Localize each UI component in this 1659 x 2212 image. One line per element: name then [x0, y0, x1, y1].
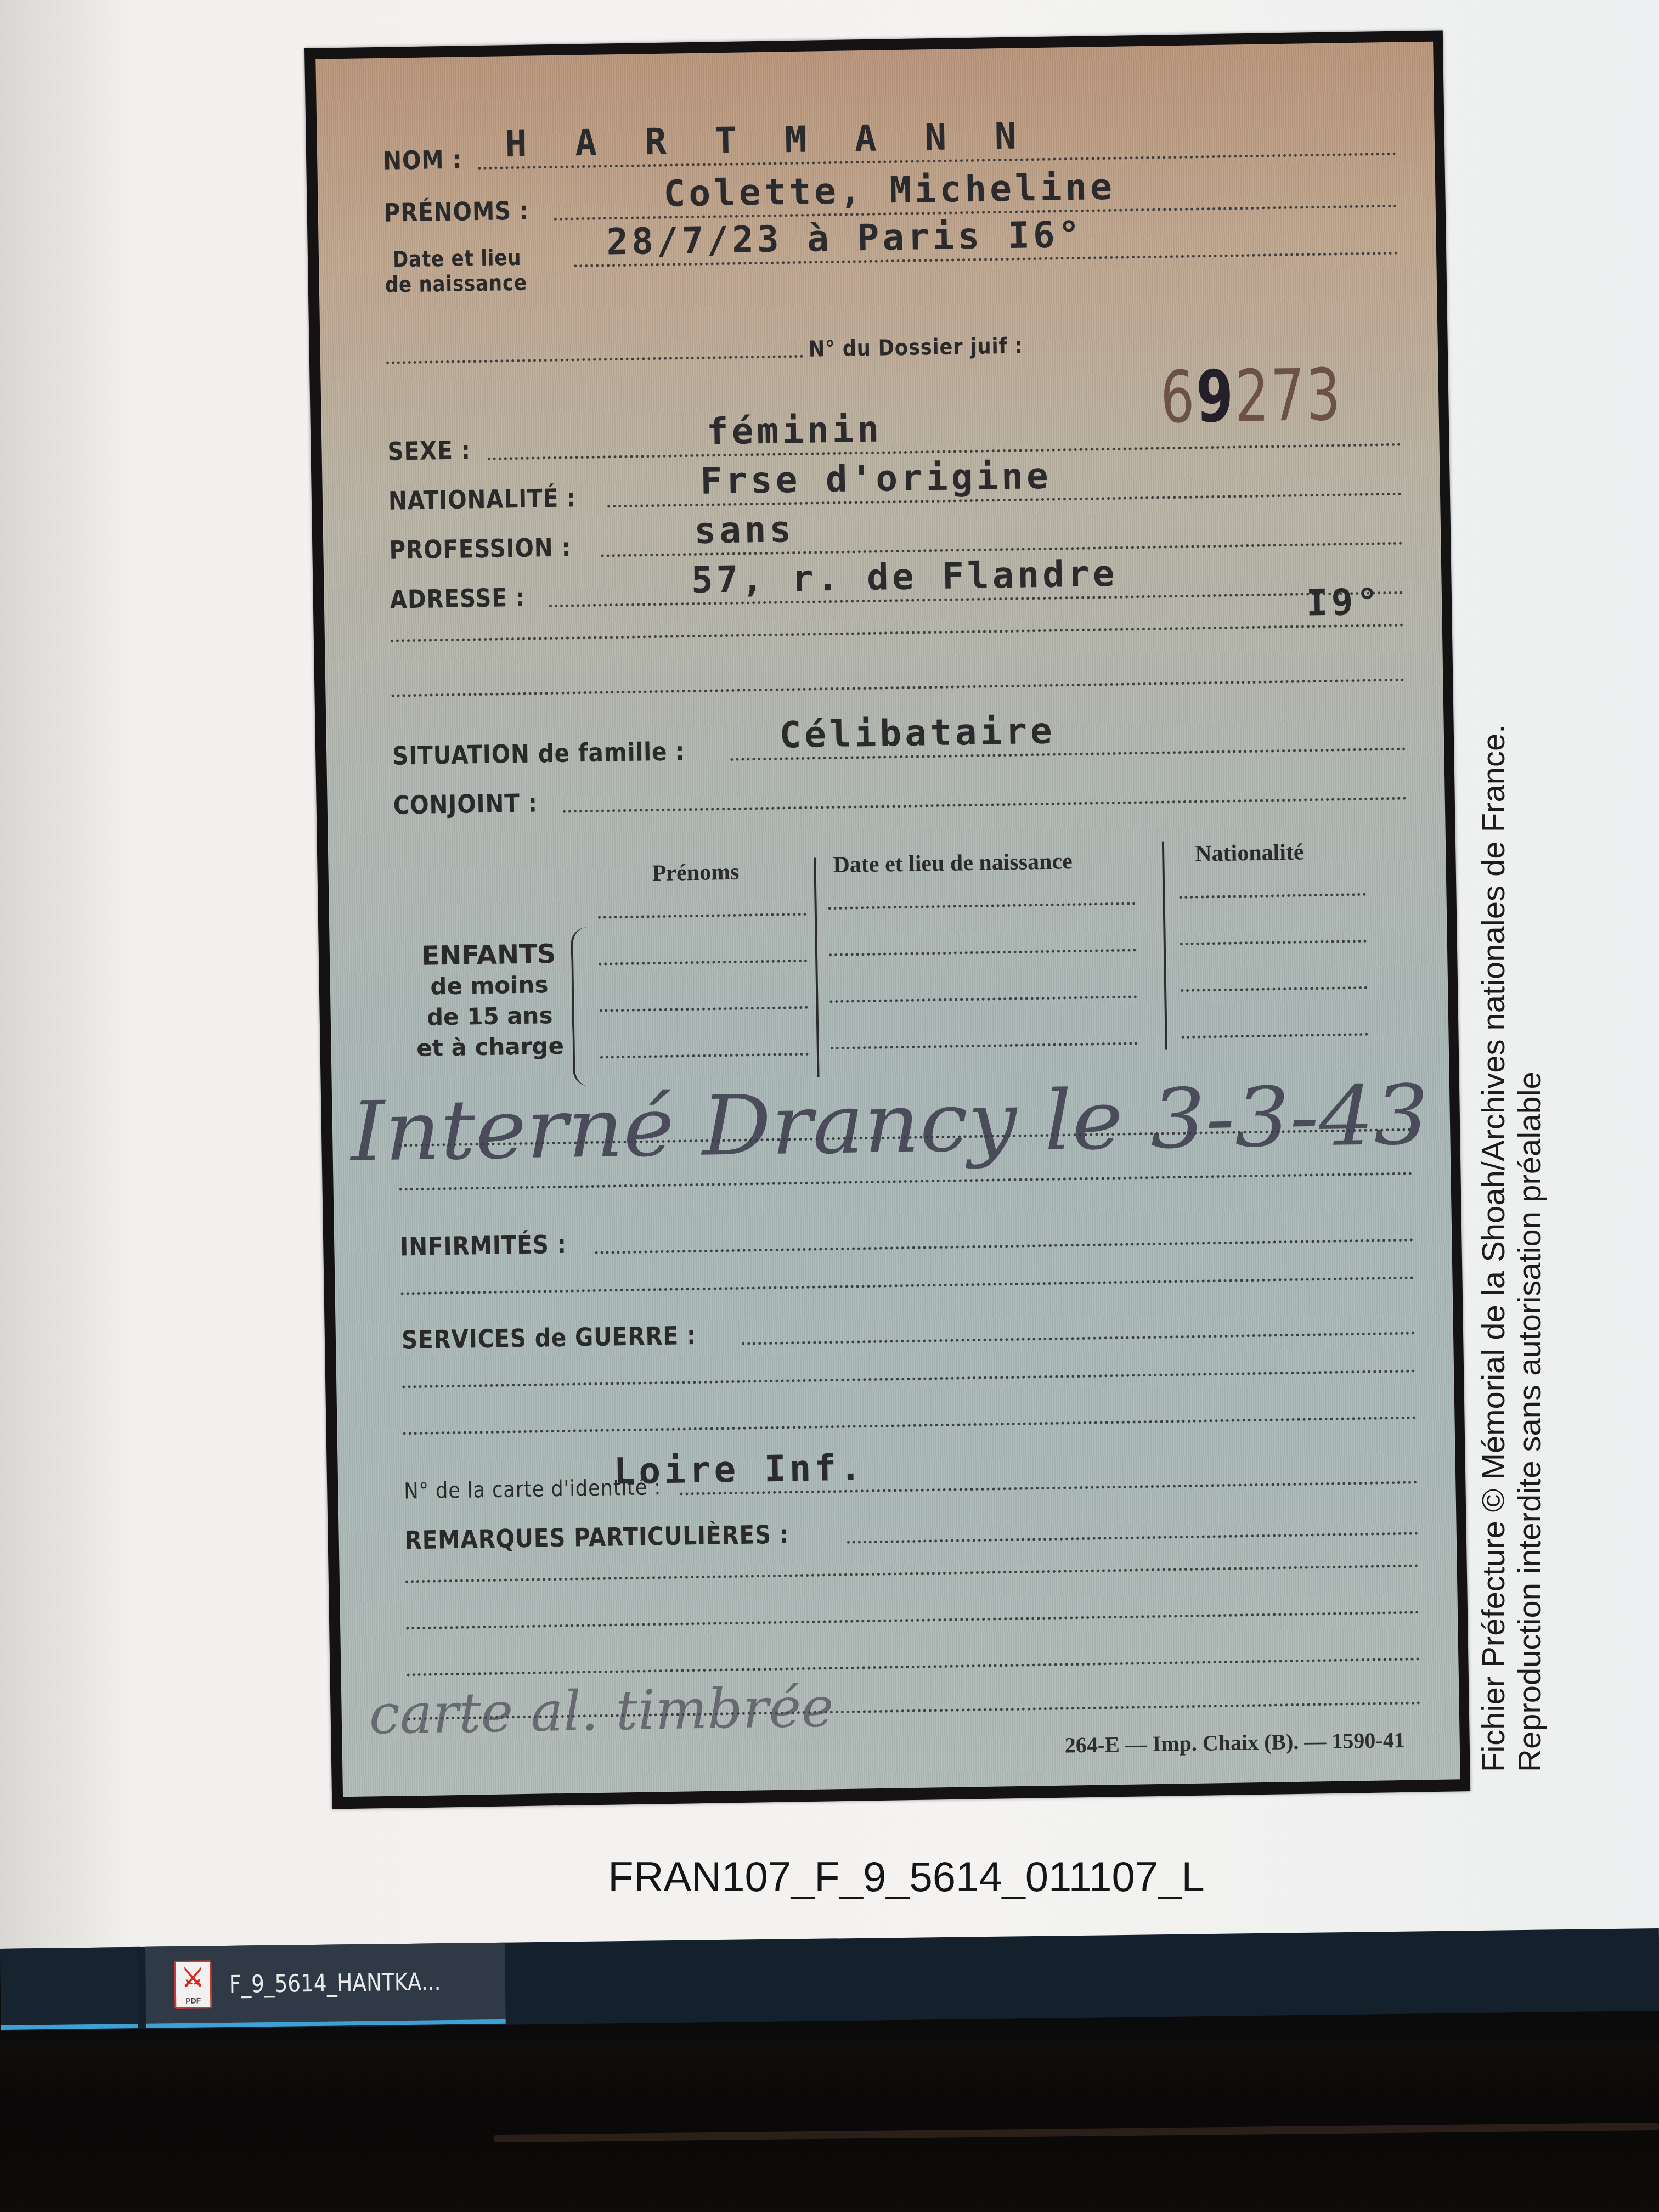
taskbar-item-pdf[interactable]: ⚔ PDF F_9_5614_HANTKA... — [145, 1943, 506, 2028]
label-profession: PROFESSION : — [389, 532, 571, 565]
brace — [571, 927, 592, 1086]
col-header-prenoms: Prénoms — [652, 859, 739, 887]
value-adresse: 57, r. de Flandre — [691, 552, 1118, 601]
label-situation: SITUATION de famille : — [392, 736, 685, 770]
value-profession: sans — [694, 508, 795, 552]
label-sexe: SEXE : — [387, 435, 471, 466]
card-content: NOM : H A R T M A N N PRÉNOMS : Colette,… — [315, 42, 1460, 1797]
column-divider — [1162, 842, 1167, 1050]
pdf-viewer-page: NOM : H A R T M A N N PRÉNOMS : Colette,… — [0, 0, 1659, 1953]
label-naissance-2: de naissance — [385, 270, 527, 298]
field-services: SERVICES de GUERRE : — [402, 1310, 1415, 1355]
field-carte-identite: N° de la carte d'identité : Loire Inf. — [404, 1463, 1417, 1504]
label-naissance-1: Date et lieu — [392, 245, 521, 273]
dotted-line — [392, 679, 1405, 697]
value-naissance: 28/7/23 à Paris I6° — [606, 213, 1084, 263]
value-adresse-line2: I9° — [1306, 580, 1381, 624]
children-table: Prénoms Date et lieu de naissance Nation… — [394, 832, 1411, 1084]
scanned-card: NOM : H A R T M A N N PRÉNOMS : Colette,… — [304, 30, 1470, 1809]
label-dossier: N° du Dossier juif : — [808, 333, 1023, 362]
value-nom: H A R T M A N N — [505, 115, 1030, 165]
column-divider — [814, 858, 819, 1077]
col-header-date-lieu: Date et lieu de naissance — [833, 848, 1073, 878]
field-adresse: ADRESSE : 57, r. de Flandre — [390, 569, 1403, 614]
printer-imprint: 264-E — Imp. Chaix (B). — 1590-41 — [1064, 1727, 1405, 1758]
document-caption: FRAN107_F_9_5614_011107_L — [0, 1853, 1659, 1901]
label-prenoms: PRÉNOMS : — [383, 196, 529, 228]
taskbar-button[interactable] — [0, 1947, 138, 2030]
field-naissance: Date et lieu de naissance 28/7/23 à Pari… — [385, 232, 1398, 298]
value-sexe: féminin — [706, 408, 882, 453]
value-carte: Loire Inf. — [613, 1446, 865, 1492]
label-infirmites: INFIRMITÉS : — [400, 1229, 567, 1262]
field-infirmites: INFIRMITÉS : — [400, 1216, 1414, 1262]
field-adresse-line2: I9° — [391, 618, 1404, 647]
label-conjoint: CONJOINT : — [393, 788, 538, 820]
label-adresse: ADRESSE : — [390, 583, 525, 614]
label-nom: NOM : — [383, 145, 462, 176]
label-remarques: REMARQUES PARTICULIÈRES : — [404, 1519, 789, 1555]
col-header-nationalite: Nationalité — [1195, 839, 1304, 867]
taskbar-item-label: F_9_5614_HANTKA... — [229, 1968, 441, 1999]
copyright-notice: Fichier Préfecture © Mémorial de la Shoa… — [1476, 510, 1548, 1772]
handwritten-bottom-note: carte al. timbrée — [369, 1675, 834, 1746]
label-services: SERVICES de GUERRE : — [402, 1321, 697, 1355]
handwritten-internment-note: Interné Drancy le 3-3-43 — [350, 1068, 1430, 1180]
children-label: ENFANTS de moins de 15 ans et à charge — [407, 939, 573, 1064]
pdf-icon: ⚔ PDF — [174, 1960, 212, 2009]
field-remarques: REMARQUES PARTICULIÈRES : — [404, 1509, 1418, 1555]
value-situation: Célibataire — [779, 710, 1056, 757]
field-nationalite: NATIONALITÉ : Frse d'origine — [388, 470, 1402, 516]
field-conjoint: CONJOINT : — [393, 775, 1407, 820]
value-nationalite: Frse d'origine — [700, 455, 1052, 503]
value-prenoms: Colette, Micheline — [663, 166, 1115, 215]
label-nationalite: NATIONALITÉ : — [388, 483, 577, 515]
field-situation: SITUATION de famille : Célibataire — [392, 725, 1406, 771]
